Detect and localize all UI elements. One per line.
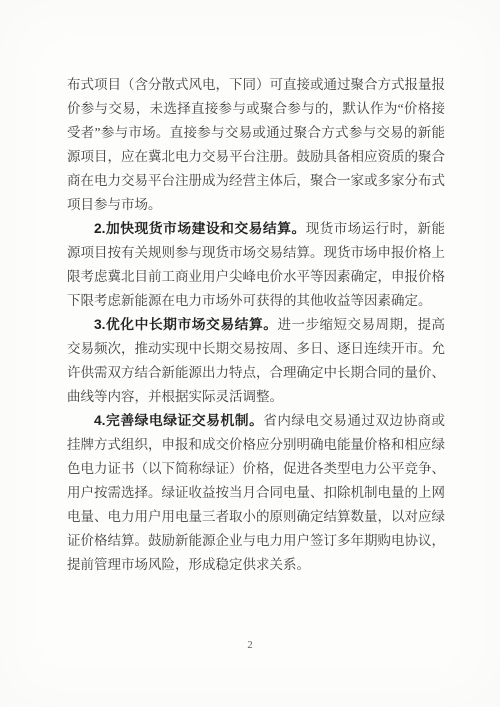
document-page: 布式项目（含分散式风电，下同）可直接或通过聚合方式报量报价参与交易，未选择直接参… (0, 0, 500, 707)
section-heading-3: 3.优化中长期市场交易结算。 (94, 317, 278, 332)
paragraph-section-2: 2.加快现货市场建设和交易结算。现货市场运行时，新能源项目按有关规则参与现货市场… (67, 217, 445, 313)
paragraph-section-4: 4.完善绿电绿证交易机制。省内绿电交易通过双边协商或挂牌方式组织，申报和成交价格… (67, 409, 445, 577)
paragraph-continuation: 布式项目（含分散式风电，下同）可直接或通过聚合方式报量报价参与交易，未选择直接参… (67, 73, 445, 217)
paragraph-section-3: 3.优化中长期市场交易结算。进一步缩短交易周期，提高交易频次，推动实现中长期交易… (67, 313, 445, 409)
section-heading-2: 2.加快现货市场建设和交易结算。 (94, 221, 306, 236)
paragraph-text: 省内绿电交易通过双边协商或挂牌方式组织，申报和成交价格应分别明确电能量价格和相应… (67, 413, 445, 572)
document-body: 布式项目（含分散式风电，下同）可直接或通过聚合方式报量报价参与交易，未选择直接参… (67, 73, 445, 577)
section-heading-4: 4.完善绿电绿证交易机制。 (94, 413, 263, 428)
paragraph-text: 布式项目（含分散式风电，下同）可直接或通过聚合方式报量报价参与交易，未选择直接参… (67, 77, 445, 212)
page-number: 2 (0, 640, 500, 651)
